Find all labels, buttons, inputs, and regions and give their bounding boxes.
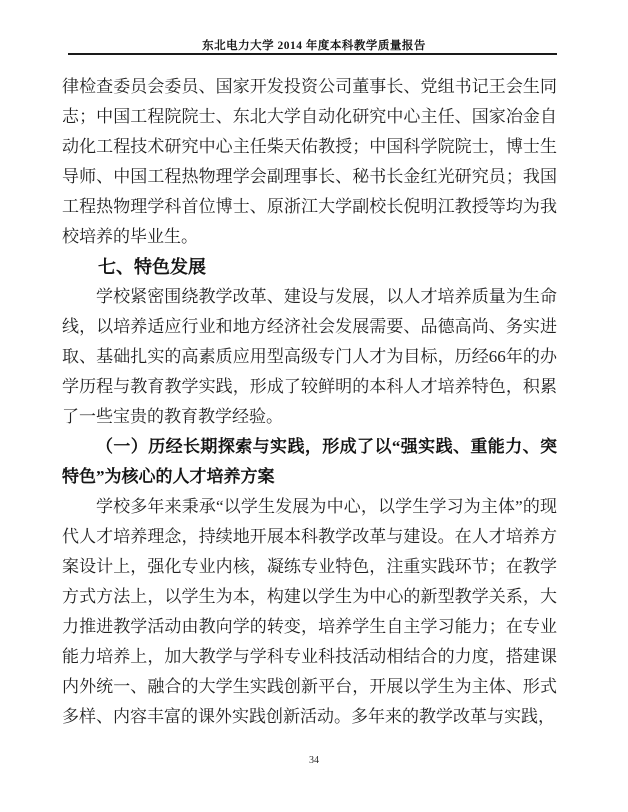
header-divider (68, 53, 557, 55)
subsection-heading-talent-plan: （一）历经长期探索与实践，形成了以“强实践、重能力、突特色”为核心的人才培养方案 (62, 432, 557, 492)
paragraph-section-intro: 学校紧密围绕教学改革、建设与发展，以人才培养质量为生命线，以培养适应行业和地方经… (62, 282, 557, 432)
page-number: 34 (0, 755, 628, 766)
paragraph-subsection-body: 学校多年来秉承“以学生发展为中心，以学生学习为主体”的现代人才培养理念，持续地开… (62, 492, 557, 732)
document-page: 东北电力大学 2014 年度本科教学质量报告 律检查委员会委员、国家开发投资公司… (0, 0, 628, 812)
running-header-title: 东北电力大学 2014 年度本科教学质量报告 (0, 37, 628, 53)
paragraph-alumni-continued: 律检查委员会委员、国家开发投资公司董事长、党组书记王会生同志；中国工程院院士、东… (62, 72, 557, 252)
document-body: 律检查委员会委员、国家开发投资公司董事长、党组书记王会生同志；中国工程院院士、东… (62, 72, 557, 732)
section-heading-feature-development: 七、特色发展 (62, 252, 557, 282)
